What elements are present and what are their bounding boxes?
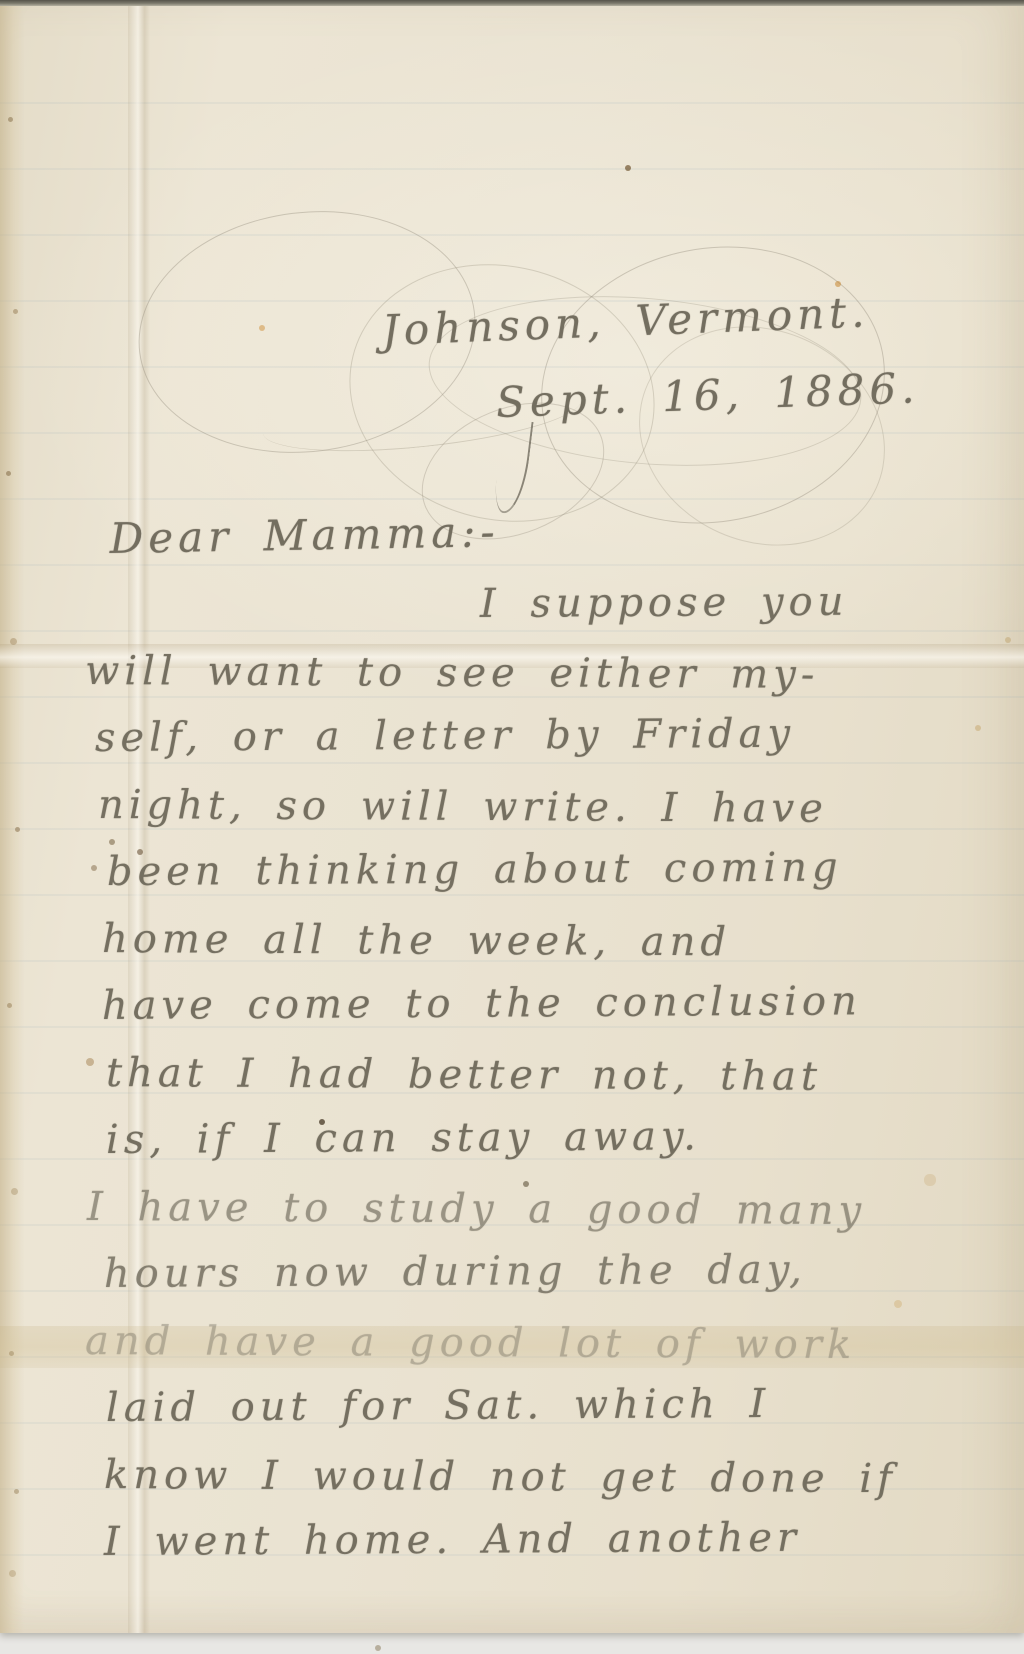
letter-line: will want to see either my- (85, 645, 1015, 717)
letter-line: I went home. And another (104, 1510, 1015, 1583)
letter-paper: Johnson, Vermont. Sept. 16, 1886. Dear M… (0, 0, 1024, 1633)
letter-line: hours now during the day, (104, 1242, 1015, 1315)
letter-line: laid out for Sat. which I (106, 1376, 1015, 1449)
letter-line: is, if I can stay away. (106, 1108, 1015, 1181)
letter-body: I suppose youwill want to see either my-… (85, 578, 1015, 1583)
letter-line: know I would not get done if (104, 1449, 1015, 1521)
letter-line: night, so will write. I have (98, 779, 1015, 851)
torn-left-edge (0, 0, 24, 1633)
scanned-letter-page: Johnson, Vermont. Sept. 16, 1886. Dear M… (0, 0, 1024, 1654)
letter-line: self, or a letter by Friday (95, 706, 1015, 779)
scan-top-edge (0, 0, 1024, 6)
letter-line: I have to study a good many (87, 1181, 1015, 1253)
letter-line: that I had better not, that (106, 1047, 1015, 1119)
letter-line: I suppose you (480, 575, 1015, 645)
letter-salutation: Dear Mamma:- (109, 507, 500, 563)
letter-line: home all the week, and (102, 913, 1015, 985)
letter-line: been thinking about coming (107, 840, 1015, 913)
letter-line: and have a good lot of work (85, 1315, 1015, 1387)
letter-line: have come to the conclusion (102, 974, 1015, 1047)
